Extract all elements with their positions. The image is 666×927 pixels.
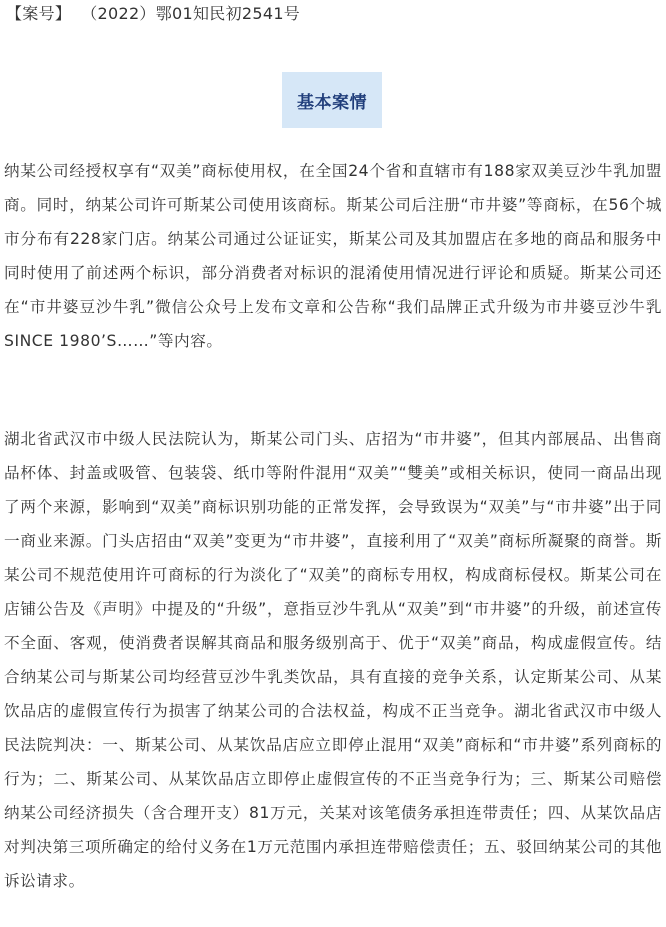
case-facts-paragraph: 纳某公司经授权享有“双美”商标使用权，在全国24个省和直辖市有188家双美豆沙牛… (4, 154, 662, 358)
case-number-line: 【案号】（2022）鄂01知民初2541号 (6, 2, 300, 26)
court-ruling-paragraph: 湖北省武汉市中级人民法院认为，斯某公司门头、店招为“市井婆”，但其内部展品、出售… (4, 422, 662, 898)
case-number-value: （2022）鄂01知民初2541号 (89, 4, 300, 23)
case-number-label: 【案号】 (6, 4, 71, 23)
section-title: 基本案情 (297, 88, 367, 113)
section-title-box: 基本案情 (282, 72, 382, 128)
